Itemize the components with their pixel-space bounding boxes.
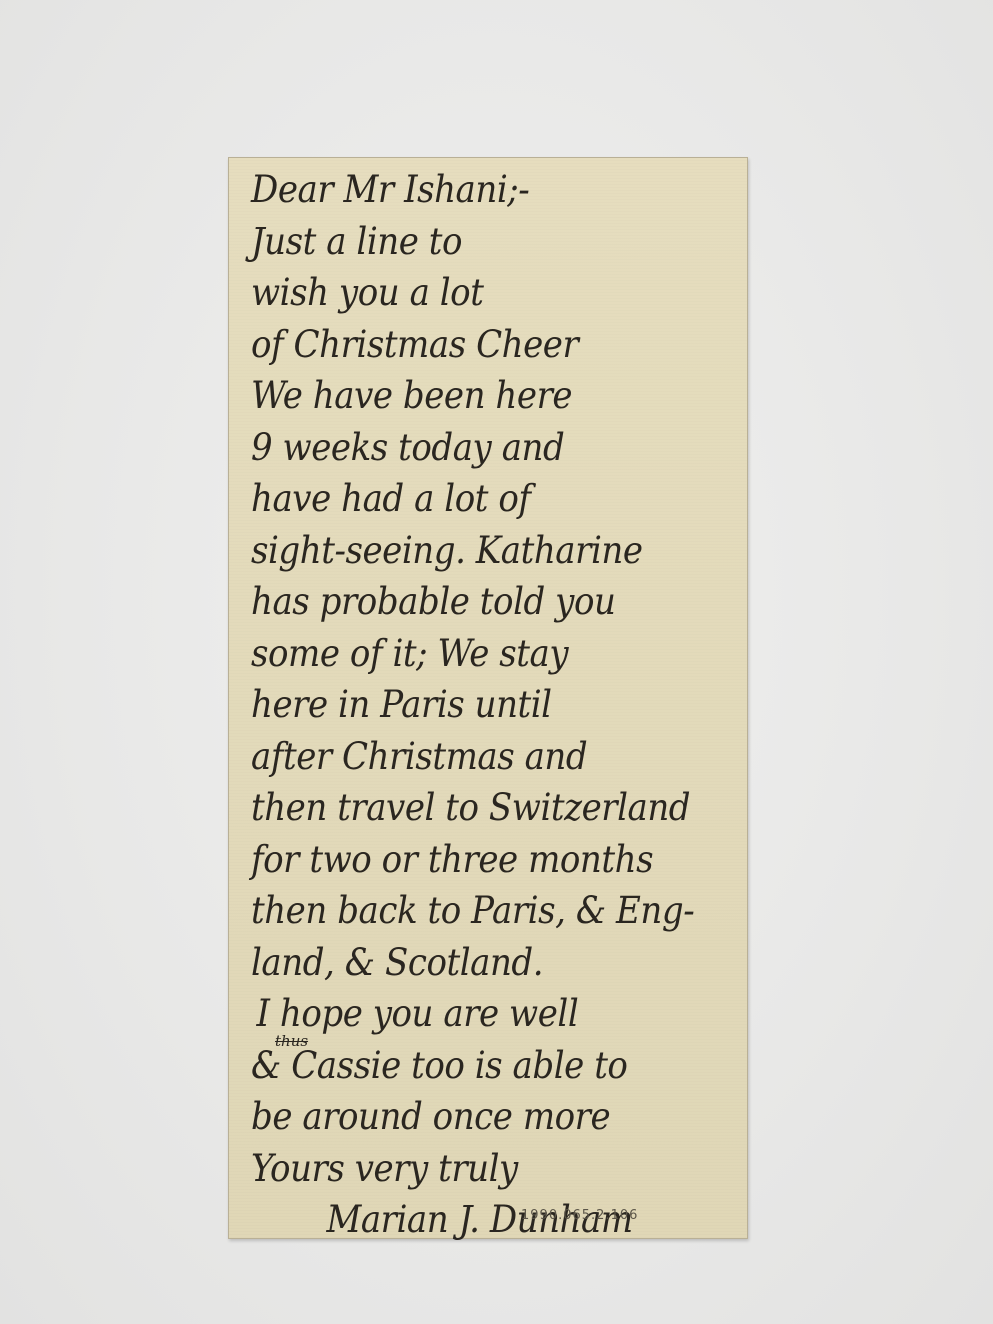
- letter-line: wish you a lot: [251, 267, 702, 319]
- salutation: Dear Mr Ishani;-: [251, 164, 702, 216]
- letter-line: of Christmas Cheer: [251, 319, 702, 371]
- letter-line: some of it; We stay: [251, 628, 702, 680]
- letter-body: Dear Mr Ishani;- Just a line to wish you…: [251, 164, 741, 1246]
- letter-line: here in Paris until: [251, 679, 702, 731]
- letter-line: after Christmas and: [251, 731, 702, 783]
- letter-line: then back to Paris, & Eng-: [251, 885, 702, 937]
- letter-line: I hope you are well: [251, 988, 702, 1040]
- struck-insertion: thus: [275, 1032, 308, 1050]
- accession-number: 1990.065.2.106: [521, 1208, 638, 1223]
- letter-line: be around once more: [251, 1091, 702, 1143]
- letter-line: has probable told you: [251, 576, 702, 628]
- letter-line: & Cassie too is able to: [251, 1040, 702, 1092]
- letter-line: have had a lot of: [251, 473, 702, 525]
- letter-line: then travel to Switzerland: [251, 782, 702, 834]
- letter-line: We have been here: [251, 370, 702, 422]
- letter-line: sight-seeing. Katharine: [251, 525, 702, 577]
- closing: Yours very truly: [251, 1143, 702, 1195]
- letter-line: Just a line to: [251, 216, 702, 268]
- letter-line: land, & Scotland.: [251, 937, 702, 989]
- letter-line: for two or three months: [251, 834, 702, 886]
- letter-card: Dear Mr Ishani;- Just a line to wish you…: [228, 157, 748, 1239]
- letter-line: 9 weeks today and: [251, 422, 702, 474]
- photo-background: Dear Mr Ishani;- Just a line to wish you…: [0, 0, 993, 1324]
